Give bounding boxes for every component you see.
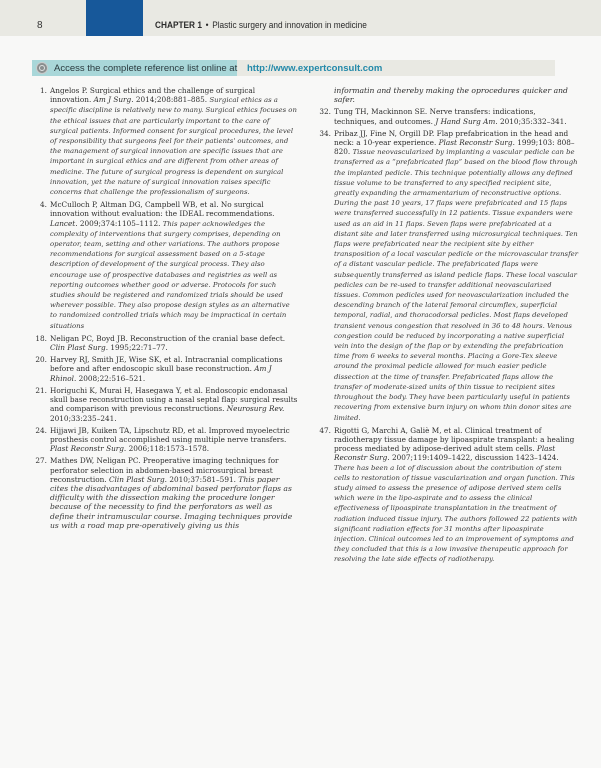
reference-details: 1995;22:71–77. xyxy=(110,343,167,352)
reference-journal: Clin Plast Surg. xyxy=(109,475,167,484)
reference-number: 20. xyxy=(33,355,47,364)
reference-item: 47. Rigotti G, Marchi A, Galiè M, et al.… xyxy=(320,426,578,565)
reference-item: 34. Pribaz JJ, Fine N, Orgill DP. Flap p… xyxy=(320,129,578,423)
chapter-title: Plastic surgery and innovation in medici… xyxy=(212,20,367,30)
reference-details: 2009;374:1105–1112. xyxy=(80,219,161,228)
reference-details: 2008;22:516–521. xyxy=(79,374,146,383)
reference-annotation: This paper cites the disadvantages of ab… xyxy=(50,475,292,530)
running-head: CHAPTER 1•Plastic surgery and innovation… xyxy=(155,20,367,30)
reference-item: 1. Angelos P. Surgical ethics and the ch… xyxy=(36,86,298,197)
reference-item: 4. McCulloch P, Altman DG, Campbell WB, … xyxy=(36,200,298,331)
reference-item: 21. Horiguchi K, Murai H, Hasegawa Y, et… xyxy=(36,386,298,423)
right-reference-column: informatin and thereby making the oproce… xyxy=(320,86,578,568)
reference-number: 32. xyxy=(317,107,331,116)
globe-icon xyxy=(36,62,48,74)
annotation-continuation: informatin and thereby making the oproce… xyxy=(320,86,578,104)
reference-annotation: There has been a lot of discussion about… xyxy=(334,464,577,564)
reference-annotation: Surgical ethics as a specific discipline… xyxy=(50,96,297,196)
reference-item: 32. Tung TH, Mackinnon SE. Nerve transfe… xyxy=(320,107,578,125)
reference-item: 27. Mathes DW, Neligan PC. Preoperative … xyxy=(36,456,298,530)
reference-details: 2007;119:1409–1422, discussion 1423–1424… xyxy=(392,453,559,462)
reference-number: 18. xyxy=(33,334,47,343)
reference-number: 21. xyxy=(33,386,47,395)
reference-number: 47. xyxy=(317,426,331,435)
reference-number: 27. xyxy=(33,456,47,465)
banner-label-area: Access the complete reference list onlin… xyxy=(32,60,237,76)
reference-annotation: This paper acknowledges the complexity o… xyxy=(50,220,290,330)
reference-journal: Am J Surg. xyxy=(94,95,134,104)
reference-journal: Lancet. xyxy=(50,219,78,228)
reference-citation: Hijjawi JB, Kuiken TA, Lipschutz RD, et … xyxy=(50,426,290,444)
reference-item: 18. Neligan PC, Boyd JB. Reconstruction … xyxy=(36,334,298,352)
page-number: 8 xyxy=(37,20,43,31)
left-reference-column: 1. Angelos P. Surgical ethics and the ch… xyxy=(36,86,298,533)
reference-details: 2014;208:881–885. xyxy=(136,95,207,104)
reference-journal: Neurosurg Rev. xyxy=(227,404,285,413)
separator: • xyxy=(206,20,209,30)
reference-citation: McCulloch P, Altman DG, Campbell WB, et … xyxy=(50,200,275,218)
reference-number: 4. xyxy=(33,200,47,209)
banner-label: Access the complete reference list onlin… xyxy=(54,63,237,74)
reference-journal: Plast Reconstr Surg. xyxy=(439,138,515,147)
reference-item: 24. Hijjawi JB, Kuiken TA, Lipschutz RD,… xyxy=(36,426,298,454)
chapter-color-block xyxy=(86,0,143,36)
reference-journal: J Hand Surg Am. xyxy=(435,117,497,126)
reference-list-banner: Access the complete reference list onlin… xyxy=(32,60,555,76)
expertconsult-link[interactable]: http://www.expertconsult.com xyxy=(237,60,382,76)
reference-number: 24. xyxy=(33,426,47,435)
running-header: 8 CHAPTER 1•Plastic surgery and innovati… xyxy=(0,0,601,36)
chapter-label: CHAPTER 1 xyxy=(155,20,202,30)
reference-details: 2010;37:581–591. xyxy=(169,475,236,484)
reference-details: 2010;35:332–341. xyxy=(500,117,567,126)
reference-details: 2010;33:235–241. xyxy=(50,414,117,423)
reference-details: 2006;118:1573–1578. xyxy=(129,444,210,453)
reference-number: 34. xyxy=(317,129,331,138)
reference-journal: Plast Reconstr Surg. xyxy=(50,444,126,453)
reference-annotation: Tissue neovascularized by implanting a v… xyxy=(334,148,578,421)
reference-citation: Harvey RJ, Smith JE, Wise SK, et al. Int… xyxy=(50,355,282,373)
reference-item: 20. Harvey RJ, Smith JE, Wise SK, et al.… xyxy=(36,355,298,383)
reference-number: 1. xyxy=(33,86,47,95)
reference-citation: Neligan PC, Boyd JB. Reconstruction of t… xyxy=(50,334,285,343)
reference-journal: Clin Plast Surg. xyxy=(50,343,108,352)
